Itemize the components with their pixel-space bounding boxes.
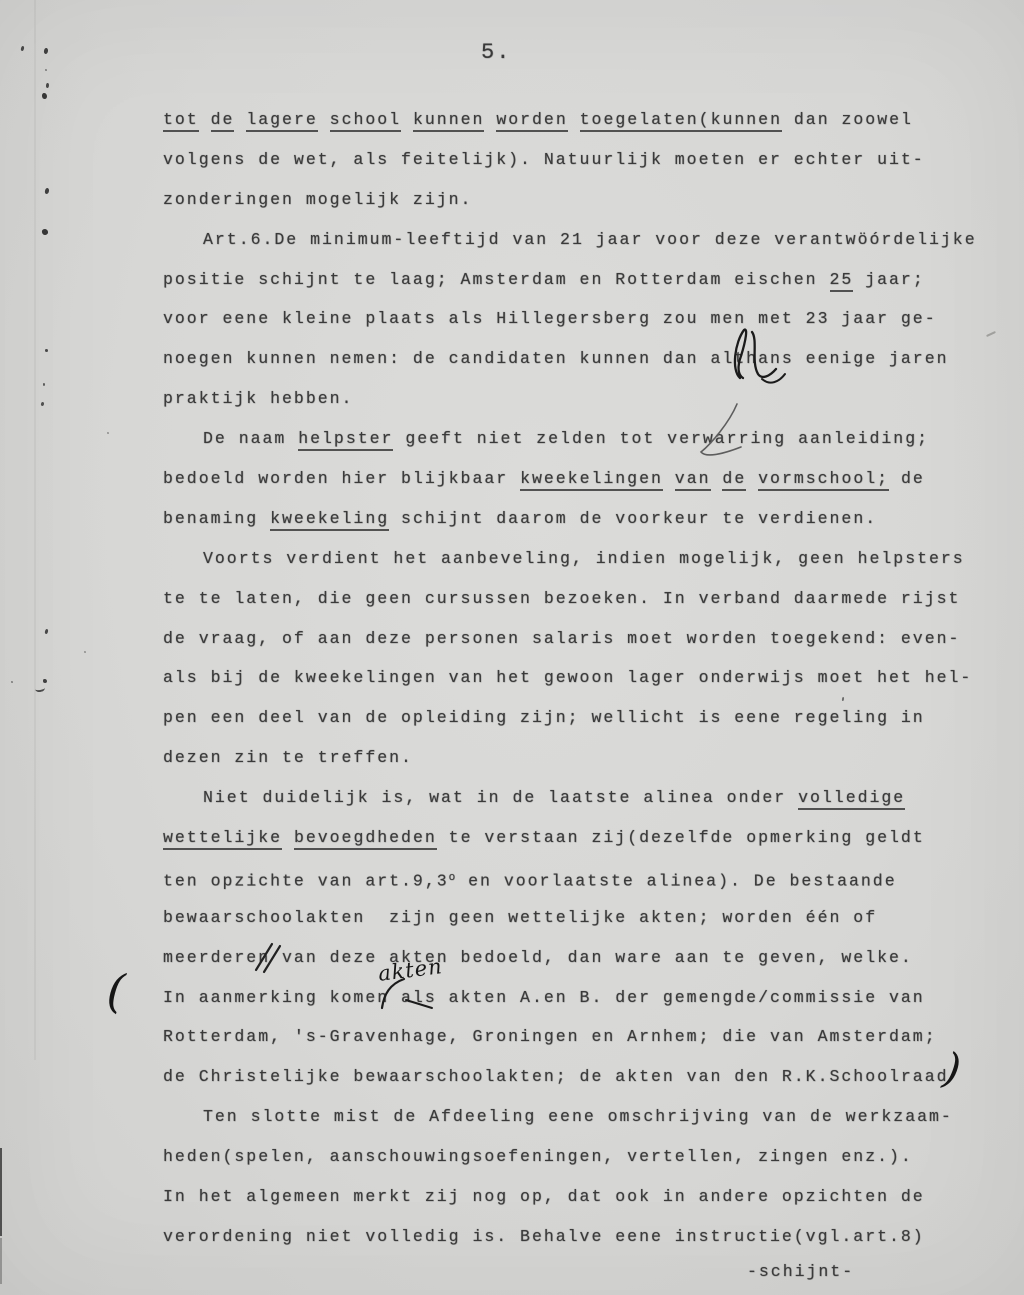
paper-speck xyxy=(42,229,49,236)
underlined-word: tot xyxy=(163,110,199,132)
text-line: positie schijnt te laag; Amsterdam en Ro… xyxy=(163,260,993,300)
text-line: ten opzichte van art.9,3o en voorlaatste… xyxy=(163,858,993,898)
text-line: Niet duidelijk is, wat in de laatste ali… xyxy=(163,778,993,818)
text-line: de Christelijke bewaarschoolakten; de ak… xyxy=(163,1057,993,1097)
text-line: dezen zin te treffen. xyxy=(163,738,993,778)
text-line: de vraag, of aan deze personen salaris m… xyxy=(163,619,993,659)
paper-speck xyxy=(107,432,109,434)
text-line: bedoeld worden hier blijkbaar kweekeling… xyxy=(163,459,993,499)
paper-speck xyxy=(43,383,45,386)
text-line: Rotterdam, 's-Gravenhage, Groningen en A… xyxy=(163,1017,993,1057)
handwritten-open-paren: ( xyxy=(105,963,127,1018)
underlined-word: helpster xyxy=(298,429,393,451)
text-line: als bij de kweekelingen van het gewoon l… xyxy=(163,658,993,698)
text-line: In het algemeen merkt zij nog op, dat oo… xyxy=(163,1177,993,1217)
text-line: wettelijke bevoegdheden te verstaan zij(… xyxy=(163,818,993,858)
text-line: praktijk hebben. xyxy=(163,379,993,419)
text-line: Ten slotte mist de Afdeeling eene omschr… xyxy=(163,1097,993,1137)
text-line: te te laten, die geen cursussen bezoeken… xyxy=(163,579,993,619)
paper-speck xyxy=(44,629,49,635)
paper-speck xyxy=(46,83,50,88)
paper-crease xyxy=(34,0,36,1060)
text-line: heden(spelen, aanschouwingsoefeningen, v… xyxy=(163,1137,993,1177)
paper-speck xyxy=(45,69,47,71)
paper-background: 5. tot de lagere school kunnen worden to… xyxy=(0,0,1024,1295)
scan-edge-artifact xyxy=(0,1148,2,1236)
typewritten-lines: tot de lagere school kunnen worden toege… xyxy=(163,100,993,1257)
underlined-word: kunnen xyxy=(413,110,484,132)
text-line: noegen kunnen nemen: de candidaten kunne… xyxy=(163,339,993,379)
text-line: In aanmerking komen als akten A.en B. de… xyxy=(163,978,993,1018)
underlined-word: de xyxy=(211,110,235,132)
underlined-word: wettelijke xyxy=(163,828,282,850)
page-number: 5. xyxy=(481,40,511,65)
text-line: volgens de wet, als feitelijk). Natuurli… xyxy=(163,140,993,180)
catchword: -schijnt- xyxy=(747,1258,854,1286)
paper-speck xyxy=(20,46,25,52)
underlined-word: school xyxy=(330,110,401,132)
paper-speck xyxy=(11,681,13,683)
underlined-word: kweekeling xyxy=(270,509,389,531)
underlined-word: van xyxy=(675,469,711,491)
paper-speck xyxy=(84,651,86,653)
paper-speck xyxy=(43,679,47,683)
paper-speck xyxy=(44,188,50,195)
underlined-word: vormschool; xyxy=(758,469,889,491)
paper-speck-curve xyxy=(35,684,46,692)
text-line: verordening niet volledig is. Behalve ee… xyxy=(163,1217,993,1257)
paper-speck xyxy=(45,349,48,352)
text-line: meerderen van deze akten bedoeld, dan wa… xyxy=(163,938,993,978)
text-line: Art.6.De minimum-leeftijd van 21 jaar vo… xyxy=(163,220,993,260)
text-line: pen een deel van de opleiding zijn; well… xyxy=(163,698,993,738)
underlined-word: 25 xyxy=(830,270,854,292)
paper-speck xyxy=(43,48,48,55)
paper-speck xyxy=(41,402,45,407)
underlined-word: toegelaten(kunnen xyxy=(580,110,782,132)
paper-speck xyxy=(42,93,47,99)
text-line: benaming kweekeling schijnt daarom de vo… xyxy=(163,499,993,539)
underlined-word: lagere xyxy=(246,110,317,132)
superscript: o xyxy=(449,872,457,884)
underlined-word: worden xyxy=(496,110,567,132)
text-line: Voorts verdient het aanbeveling, indien … xyxy=(163,539,993,579)
scan-edge-artifact xyxy=(0,1238,2,1284)
underlined-word: volledige xyxy=(798,788,905,810)
text-line: tot de lagere school kunnen worden toege… xyxy=(163,100,993,140)
text-line: De naam helpster geeft niet zelden tot v… xyxy=(163,419,993,459)
underlined-word: de xyxy=(722,469,746,491)
underlined-word: bevoegdheden xyxy=(294,828,437,850)
text-line: bewaarschoolakten zijn geen wettelijke a… xyxy=(163,898,993,938)
underlined-word: kweekelingen xyxy=(520,469,663,491)
text-line: voor eene kleine plaats als Hillegersber… xyxy=(163,299,993,339)
scanned-document-page: { "page": { "number": "5.", "catchword":… xyxy=(0,0,1024,1295)
text-line: zonderingen mogelijk zijn. xyxy=(163,180,993,220)
